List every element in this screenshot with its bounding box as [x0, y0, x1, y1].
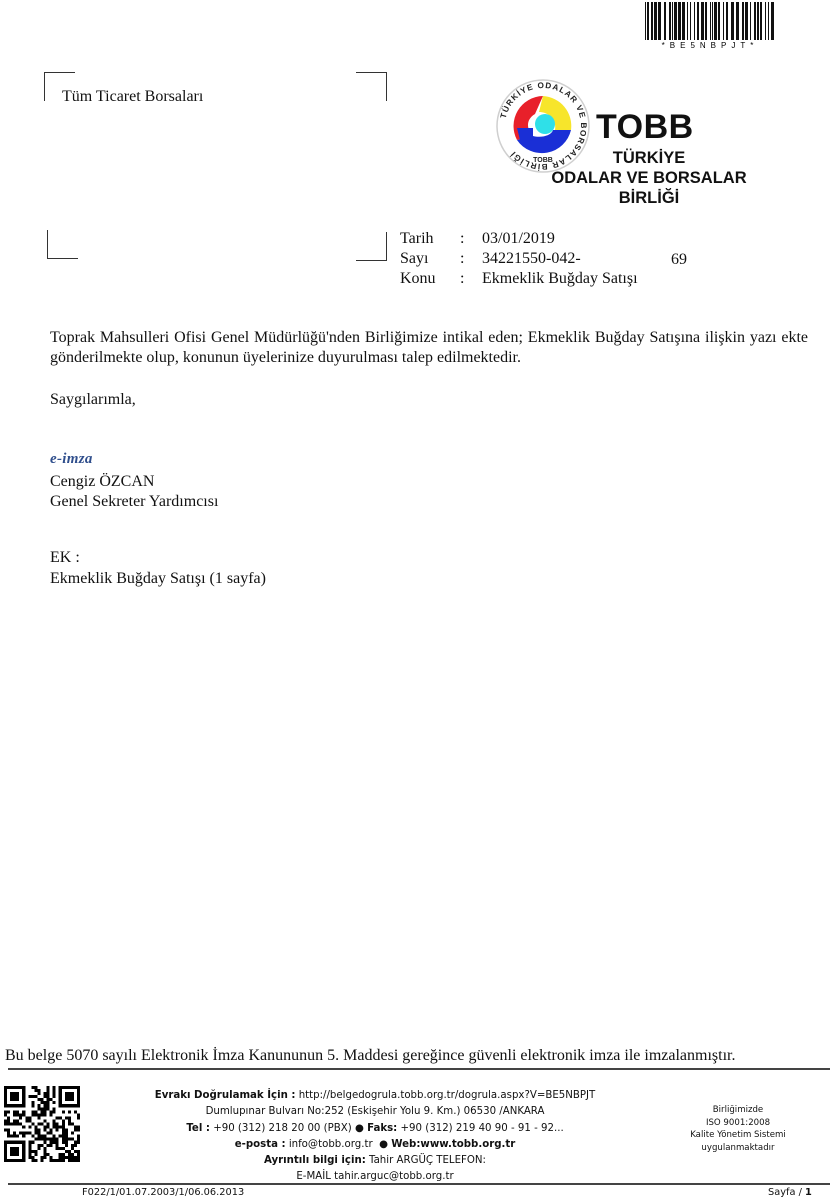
fax-value: +90 (312) 219 40 90 - 91 - 92... [401, 1123, 564, 1134]
bullet-icon: ● [355, 1123, 364, 1134]
barcode-text: *BE5NBPJT* [645, 41, 775, 50]
page-value: 1 [805, 1187, 812, 1198]
meta-value: 03/01/2019 [482, 229, 555, 249]
e-signature-mark: e-imza [50, 451, 93, 468]
footer-divider [8, 1068, 830, 1070]
address-line: Dumlupınar Bulvarı No:252 (Eskişehir Yol… [150, 1104, 600, 1120]
email-web-line: e-posta : info@tobb.org.tr ● Web:www.tob… [150, 1137, 600, 1153]
body-paragraph: Toprak Mahsulleri Ofisi Genel Müdürlüğü'… [50, 328, 808, 368]
signer-block: Cengiz ÖZCAN Genel Sekreter Yardımcısı [50, 472, 218, 512]
meta-row-subject: Konu : Ekmeklik Buğday Satışı [400, 269, 638, 289]
email-label: e-posta : [235, 1139, 286, 1150]
page-number: Sayfa / 1 [768, 1187, 812, 1198]
meta-label: Tarih [400, 229, 460, 249]
attachment-item: Ekmeklik Buğday Satışı (1 sayfa) [50, 568, 266, 589]
verify-line: Evrakı Doğrulamak İçin : http://belgedog… [150, 1088, 600, 1104]
fax-label: Faks: [367, 1123, 397, 1134]
qr-code-icon [4, 1086, 80, 1162]
logo-subtitle: TÜRKİYE ODALAR VE BORSALAR BİRLİĞİ [540, 148, 758, 208]
email-value[interactable]: info@tobb.org.tr [289, 1139, 373, 1150]
logo-subtitle-line: BİRLİĞİ [540, 188, 758, 208]
page-separator: / [795, 1187, 805, 1198]
logo-title: TOBB [596, 108, 694, 147]
signer-title: Genel Sekreter Yardımcısı [50, 492, 218, 512]
footer-bottom-divider [8, 1183, 830, 1185]
document-meta: Tarih : 03/01/2019 Sayı : 34221550-042- … [400, 229, 638, 289]
form-code: F022/1/01.07.2003/1/06.06.2013 [82, 1187, 244, 1198]
meta-row-date: Tarih : 03/01/2019 [400, 229, 638, 249]
address-corner-bottom-left [47, 230, 78, 259]
iso-line: uygulanmaktadır [668, 1142, 808, 1155]
barcode-bars [645, 2, 775, 40]
document-number-suffix: 69 [671, 251, 687, 269]
iso-certification: Birliğimizde ISO 9001:2008 Kalite Yöneti… [668, 1104, 808, 1154]
recipient: Tüm Ticaret Borsaları [62, 88, 203, 106]
iso-line: Kalite Yönetim Sistemi [668, 1129, 808, 1142]
meta-value: 34221550-042- [482, 249, 581, 269]
tel-value: +90 (312) 218 20 00 (PBX) [213, 1123, 352, 1134]
info-line: Ayrıntılı bilgi için: Tahir ARGÜÇ TELEFO… [150, 1153, 600, 1169]
verify-url[interactable]: http://belgedogrula.tobb.org.tr/dogrula.… [299, 1090, 596, 1101]
signer-name: Cengiz ÖZCAN [50, 472, 218, 492]
iso-line: Birliğimizde [668, 1104, 808, 1117]
page-label: Sayfa [768, 1187, 795, 1198]
address-corner-top-right [356, 72, 387, 101]
phone-line: Tel : +90 (312) 218 20 00 (PBX) ● Faks: … [150, 1121, 600, 1137]
meta-colon: : [460, 229, 482, 249]
meta-label: Konu [400, 269, 460, 289]
logo-subtitle-line: TÜRKİYE [540, 148, 758, 168]
info-label: Ayrıntılı bilgi için: [264, 1155, 366, 1166]
meta-row-number: Sayı : 34221550-042- [400, 249, 638, 269]
info-value: Tahir ARGÜÇ TELEFON: [369, 1155, 486, 1166]
meta-value: Ekmeklik Buğday Satışı [482, 269, 638, 289]
bullet-icon: ● [379, 1139, 388, 1150]
logo-subtitle-line: ODALAR VE BORSALAR [540, 168, 758, 188]
closing-regards: Saygılarımla, [50, 391, 136, 409]
footer-contact: Evrakı Doğrulamak İçin : http://belgedog… [150, 1088, 600, 1186]
e-signature-note: Bu belge 5070 sayılı Elektronik İmza Kan… [5, 1047, 735, 1065]
tel-label: Tel : [186, 1123, 210, 1134]
meta-colon: : [460, 249, 482, 269]
iso-line: ISO 9001:2008 [668, 1117, 808, 1130]
meta-label: Sayı [400, 249, 460, 269]
verify-label: Evrakı Doğrulamak İçin : [155, 1090, 296, 1101]
attachment-label: EK : [50, 547, 266, 568]
document-barcode: *BE5NBPJT* [645, 2, 775, 42]
web-link[interactable]: Web:www.tobb.org.tr [391, 1139, 515, 1150]
attachments: EK : Ekmeklik Buğday Satışı (1 sayfa) [50, 547, 266, 589]
address-corner-bottom-right [356, 232, 387, 261]
meta-colon: : [460, 269, 482, 289]
